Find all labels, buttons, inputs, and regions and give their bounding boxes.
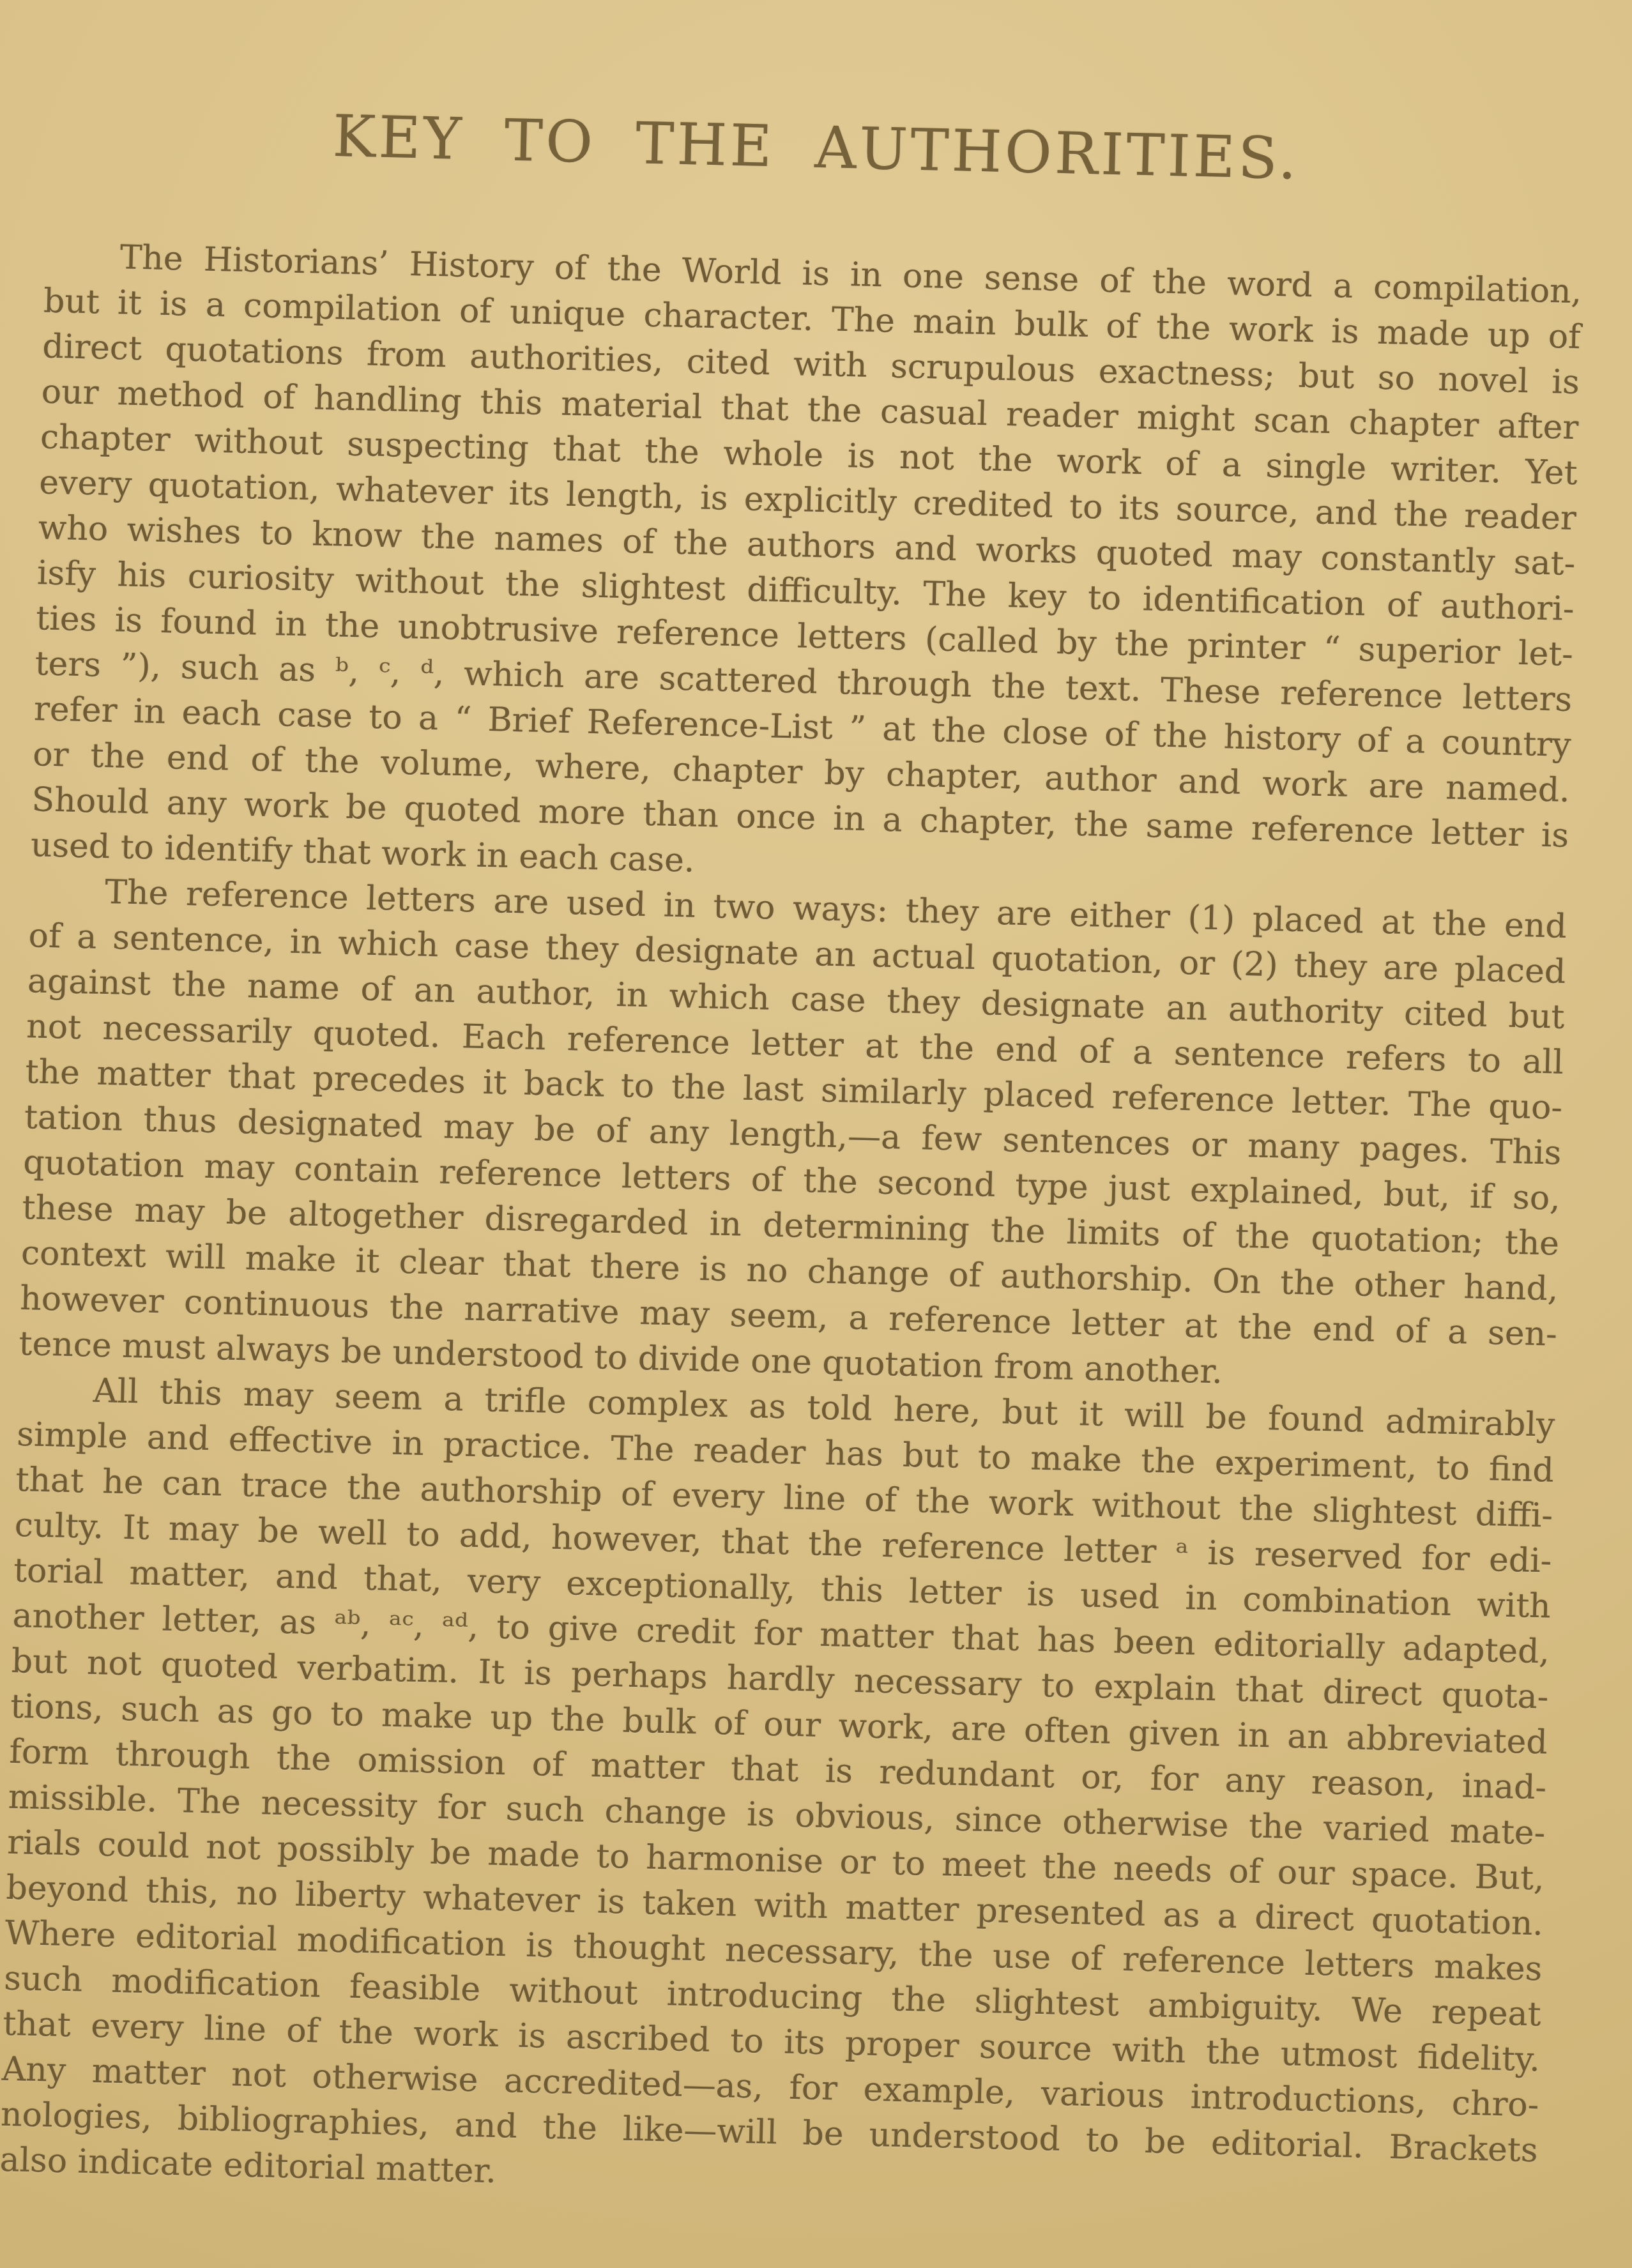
page-title: KEY TO THE AUTHORITIES. [47, 96, 1585, 200]
book-page: KEY TO THE AUTHORITIES. The Historians’ … [0, 0, 1588, 2219]
paragraph: The reference letters are used in two wa… [19, 868, 1567, 1403]
paragraph: The Historians’ History of the World is … [30, 234, 1582, 904]
body-text: The Historians’ History of the World is … [0, 234, 1582, 2219]
paragraph: All this may seem a trifle complex as to… [0, 1367, 1555, 2219]
